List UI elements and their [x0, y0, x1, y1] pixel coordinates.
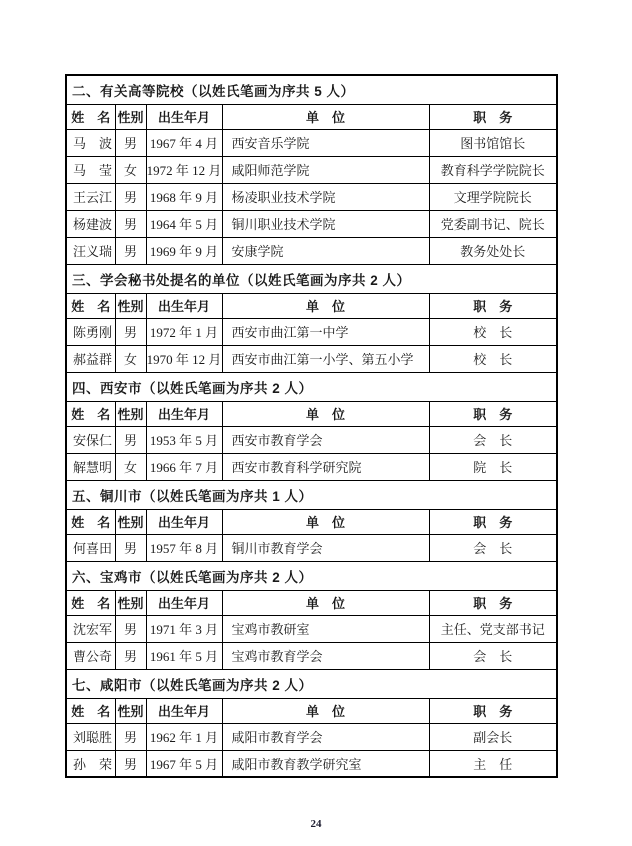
organization-cell: 西安市曲江第一小学、第五小学 — [222, 345, 429, 372]
column-header-gender: 性别 — [115, 590, 146, 615]
name-cell: 汪义瑞 — [66, 237, 115, 264]
column-header-row: 姓 名性别出生年月单 位职 务 — [66, 401, 557, 426]
position-cell: 副会长 — [429, 723, 557, 750]
table-row: 刘聪胜男1962 年 1 月咸阳市教育学会副会长 — [66, 723, 557, 750]
gender-cell: 男 — [115, 237, 146, 264]
roster-table-body: 二、有关高等院校（以姓氏笔画为序共 5 人）姓 名性别出生年月单 位职 务马 波… — [66, 75, 557, 777]
name-cell: 何喜田 — [66, 534, 115, 561]
position-cell: 院 长 — [429, 453, 557, 480]
gender-cell: 男 — [115, 210, 146, 237]
table-row: 汪义瑞男1969 年 9 月安康学院教务处处长 — [66, 237, 557, 264]
name-cell: 安保仁 — [66, 426, 115, 453]
gender-cell: 女 — [115, 345, 146, 372]
birth-date-cell: 1972 年 12 月 — [146, 156, 222, 183]
section-title: 七、咸阳市（以姓氏笔画为序共 2 人） — [66, 669, 557, 698]
table-row: 马 波男1967 年 4 月西安音乐学院图书馆馆长 — [66, 129, 557, 156]
gender-cell: 女 — [115, 453, 146, 480]
column-header-birth_date: 出生年月 — [146, 293, 222, 318]
position-cell: 会 长 — [429, 534, 557, 561]
column-header-organization: 单 位 — [222, 104, 429, 129]
gender-cell: 男 — [115, 318, 146, 345]
birth-date-cell: 1961 年 5 月 — [146, 642, 222, 669]
table-row: 曹公奇男1961 年 5 月宝鸡市教育学会会 长 — [66, 642, 557, 669]
birth-date-cell: 1969 年 9 月 — [146, 237, 222, 264]
column-header-name: 姓 名 — [66, 590, 115, 615]
table-row: 沈宏军男1971 年 3 月宝鸡市教研室主任、党支部书记 — [66, 615, 557, 642]
table-row: 安保仁男1953 年 5 月西安市教育学会会 长 — [66, 426, 557, 453]
name-cell: 杨建波 — [66, 210, 115, 237]
name-cell: 解慧明 — [66, 453, 115, 480]
section-title: 三、学会秘书处提名的单位（以姓氏笔画为序共 2 人） — [66, 264, 557, 293]
column-header-organization: 单 位 — [222, 401, 429, 426]
column-header-name: 姓 名 — [66, 104, 115, 129]
column-header-position: 职 务 — [429, 401, 557, 426]
column-header-birth_date: 出生年月 — [146, 509, 222, 534]
column-header-position: 职 务 — [429, 590, 557, 615]
column-header-position: 职 务 — [429, 509, 557, 534]
column-header-birth_date: 出生年月 — [146, 104, 222, 129]
position-cell: 教育科学学院院长 — [429, 156, 557, 183]
table-row: 孙 荣男1967 年 5 月咸阳市教育教学研究室主 任 — [66, 750, 557, 777]
table-row: 解慧明女1966 年 7 月西安市教育科学研究院院 长 — [66, 453, 557, 480]
table-row: 马 莹女1972 年 12 月咸阳师范学院教育科学学院院长 — [66, 156, 557, 183]
table-row: 陈勇刚男1972 年 1 月西安市曲江第一中学校 长 — [66, 318, 557, 345]
section-title: 四、西安市（以姓氏笔画为序共 2 人） — [66, 372, 557, 401]
column-header-birth_date: 出生年月 — [146, 401, 222, 426]
birth-date-cell: 1966 年 7 月 — [146, 453, 222, 480]
column-header-gender: 性别 — [115, 104, 146, 129]
column-header-gender: 性别 — [115, 509, 146, 534]
section-title-row: 五、铜川市（以姓氏笔画为序共 1 人） — [66, 480, 557, 509]
column-header-position: 职 务 — [429, 104, 557, 129]
section-title-row: 二、有关高等院校（以姓氏笔画为序共 5 人） — [66, 75, 557, 104]
column-header-name: 姓 名 — [66, 509, 115, 534]
position-cell: 校 长 — [429, 345, 557, 372]
name-cell: 陈勇刚 — [66, 318, 115, 345]
organization-cell: 西安市曲江第一中学 — [222, 318, 429, 345]
birth-date-cell: 1970 年 12 月 — [146, 345, 222, 372]
organization-cell: 咸阳市教育学会 — [222, 723, 429, 750]
gender-cell: 男 — [115, 615, 146, 642]
name-cell: 孙 荣 — [66, 750, 115, 777]
gender-cell: 男 — [115, 723, 146, 750]
column-header-organization: 单 位 — [222, 509, 429, 534]
section-title-row: 七、咸阳市（以姓氏笔画为序共 2 人） — [66, 669, 557, 698]
name-cell: 马 莹 — [66, 156, 115, 183]
birth-date-cell: 1968 年 9 月 — [146, 183, 222, 210]
position-cell: 文理学院院长 — [429, 183, 557, 210]
birth-date-cell: 1972 年 1 月 — [146, 318, 222, 345]
roster-table: 二、有关高等院校（以姓氏笔画为序共 5 人）姓 名性别出生年月单 位职 务马 波… — [65, 74, 558, 778]
table-row: 何喜田男1957 年 8 月铜川市教育学会会 长 — [66, 534, 557, 561]
column-header-birth_date: 出生年月 — [146, 698, 222, 723]
name-cell: 王云江 — [66, 183, 115, 210]
position-cell: 主任、党支部书记 — [429, 615, 557, 642]
organization-cell: 宝鸡市教研室 — [222, 615, 429, 642]
gender-cell: 男 — [115, 129, 146, 156]
birth-date-cell: 1962 年 1 月 — [146, 723, 222, 750]
position-cell: 教务处处长 — [429, 237, 557, 264]
section-title-row: 六、宝鸡市（以姓氏笔画为序共 2 人） — [66, 561, 557, 590]
organization-cell: 宝鸡市教育学会 — [222, 642, 429, 669]
column-header-organization: 单 位 — [222, 293, 429, 318]
name-cell: 马 波 — [66, 129, 115, 156]
position-cell: 主 任 — [429, 750, 557, 777]
column-header-gender: 性别 — [115, 401, 146, 426]
column-header-name: 姓 名 — [66, 698, 115, 723]
gender-cell: 男 — [115, 642, 146, 669]
column-header-row: 姓 名性别出生年月单 位职 务 — [66, 698, 557, 723]
gender-cell: 男 — [115, 426, 146, 453]
organization-cell: 杨凌职业技术学院 — [222, 183, 429, 210]
section-title: 二、有关高等院校（以姓氏笔画为序共 5 人） — [66, 75, 557, 104]
name-cell: 刘聪胜 — [66, 723, 115, 750]
gender-cell: 男 — [115, 750, 146, 777]
gender-cell: 女 — [115, 156, 146, 183]
section-title: 六、宝鸡市（以姓氏笔画为序共 2 人） — [66, 561, 557, 590]
table-row: 王云江男1968 年 9 月杨凌职业技术学院文理学院院长 — [66, 183, 557, 210]
section-title-row: 三、学会秘书处提名的单位（以姓氏笔画为序共 2 人） — [66, 264, 557, 293]
column-header-name: 姓 名 — [66, 293, 115, 318]
name-cell: 沈宏军 — [66, 615, 115, 642]
organization-cell: 安康学院 — [222, 237, 429, 264]
birth-date-cell: 1971 年 3 月 — [146, 615, 222, 642]
organization-cell: 咸阳师范学院 — [222, 156, 429, 183]
section-title: 五、铜川市（以姓氏笔画为序共 1 人） — [66, 480, 557, 509]
column-header-row: 姓 名性别出生年月单 位职 务 — [66, 590, 557, 615]
organization-cell: 咸阳市教育教学研究室 — [222, 750, 429, 777]
position-cell: 会 长 — [429, 642, 557, 669]
organization-cell: 西安音乐学院 — [222, 129, 429, 156]
organization-cell: 铜川职业技术学院 — [222, 210, 429, 237]
column-header-position: 职 务 — [429, 293, 557, 318]
birth-date-cell: 1957 年 8 月 — [146, 534, 222, 561]
table-row: 杨建波男1964 年 5 月铜川职业技术学院党委副书记、院长 — [66, 210, 557, 237]
birth-date-cell: 1967 年 5 月 — [146, 750, 222, 777]
column-header-position: 职 务 — [429, 698, 557, 723]
birth-date-cell: 1964 年 5 月 — [146, 210, 222, 237]
column-header-row: 姓 名性别出生年月单 位职 务 — [66, 509, 557, 534]
position-cell: 校 长 — [429, 318, 557, 345]
position-cell: 会 长 — [429, 426, 557, 453]
gender-cell: 男 — [115, 183, 146, 210]
gender-cell: 男 — [115, 534, 146, 561]
birth-date-cell: 1967 年 4 月 — [146, 129, 222, 156]
document-page: 二、有关高等院校（以姓氏笔画为序共 5 人）姓 名性别出生年月单 位职 务马 波… — [0, 0, 632, 846]
column-header-organization: 单 位 — [222, 698, 429, 723]
name-cell: 曹公奇 — [66, 642, 115, 669]
birth-date-cell: 1953 年 5 月 — [146, 426, 222, 453]
column-header-organization: 单 位 — [222, 590, 429, 615]
column-header-name: 姓 名 — [66, 401, 115, 426]
section-title-row: 四、西安市（以姓氏笔画为序共 2 人） — [66, 372, 557, 401]
position-cell: 党委副书记、院长 — [429, 210, 557, 237]
organization-cell: 铜川市教育学会 — [222, 534, 429, 561]
position-cell: 图书馆馆长 — [429, 129, 557, 156]
column-header-row: 姓 名性别出生年月单 位职 务 — [66, 293, 557, 318]
column-header-gender: 性别 — [115, 293, 146, 318]
organization-cell: 西安市教育学会 — [222, 426, 429, 453]
organization-cell: 西安市教育科学研究院 — [222, 453, 429, 480]
table-row: 郝益群女1970 年 12 月西安市曲江第一小学、第五小学校 长 — [66, 345, 557, 372]
name-cell: 郝益群 — [66, 345, 115, 372]
page-number: 24 — [0, 818, 632, 830]
column-header-birth_date: 出生年月 — [146, 590, 222, 615]
column-header-gender: 性别 — [115, 698, 146, 723]
column-header-row: 姓 名性别出生年月单 位职 务 — [66, 104, 557, 129]
